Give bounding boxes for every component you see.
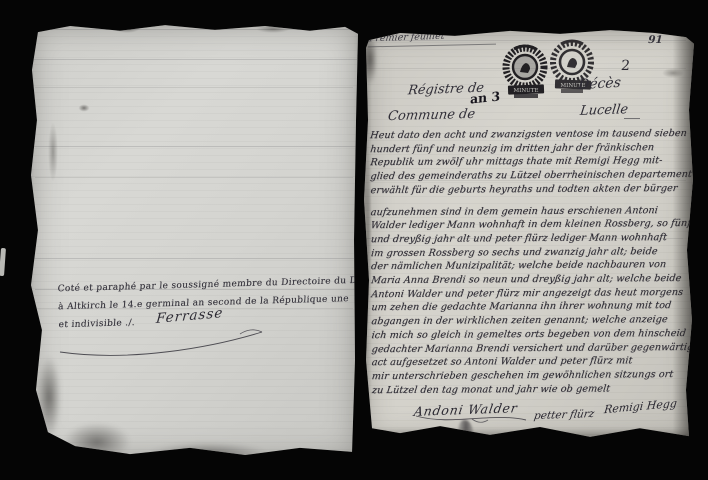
stain xyxy=(62,422,132,462)
stain xyxy=(662,68,684,78)
signature-flourish xyxy=(412,410,532,428)
left-page: Coté et paraphé par le soussigné membre … xyxy=(28,22,360,462)
corner-note-underline xyxy=(368,44,496,48)
stain xyxy=(148,442,268,466)
stamp-banner-text: MINUTE xyxy=(514,88,539,94)
right-page: Premier feuillet 91 2 MINUTE MINUTE Régi… xyxy=(362,28,696,444)
act-line: erwählt für die geburts heyraths und tod… xyxy=(370,182,692,198)
act-body: Heut dato den acht und zwanzigsten vento… xyxy=(370,127,692,398)
commune-label: Commune de xyxy=(387,107,476,124)
register-year-insert: an 3 xyxy=(470,88,500,106)
commune-name: Lucelle xyxy=(579,102,629,119)
stain xyxy=(78,104,90,112)
folio-number: 91 xyxy=(647,34,665,46)
revenue-stamp-icon: MINUTE xyxy=(500,41,550,101)
act-line: zu Lützel den tag monat und jahr wie ob … xyxy=(371,382,693,398)
stain xyxy=(256,25,290,33)
witness-signature: petter flürz xyxy=(533,408,595,422)
signature-flourish xyxy=(50,322,280,370)
page-edge-sliver xyxy=(0,248,6,276)
entry-number: 2 xyxy=(620,58,631,74)
stain xyxy=(48,122,58,182)
register-type: Décès xyxy=(577,75,621,93)
stain xyxy=(114,24,140,33)
scanned-register-spread: Coté et paraphé par le soussigné membre … xyxy=(0,0,708,480)
officer-signature: Remigi Hegg xyxy=(603,397,677,417)
commune-underline xyxy=(624,118,640,119)
corner-note: Premier feuillet xyxy=(368,31,445,45)
